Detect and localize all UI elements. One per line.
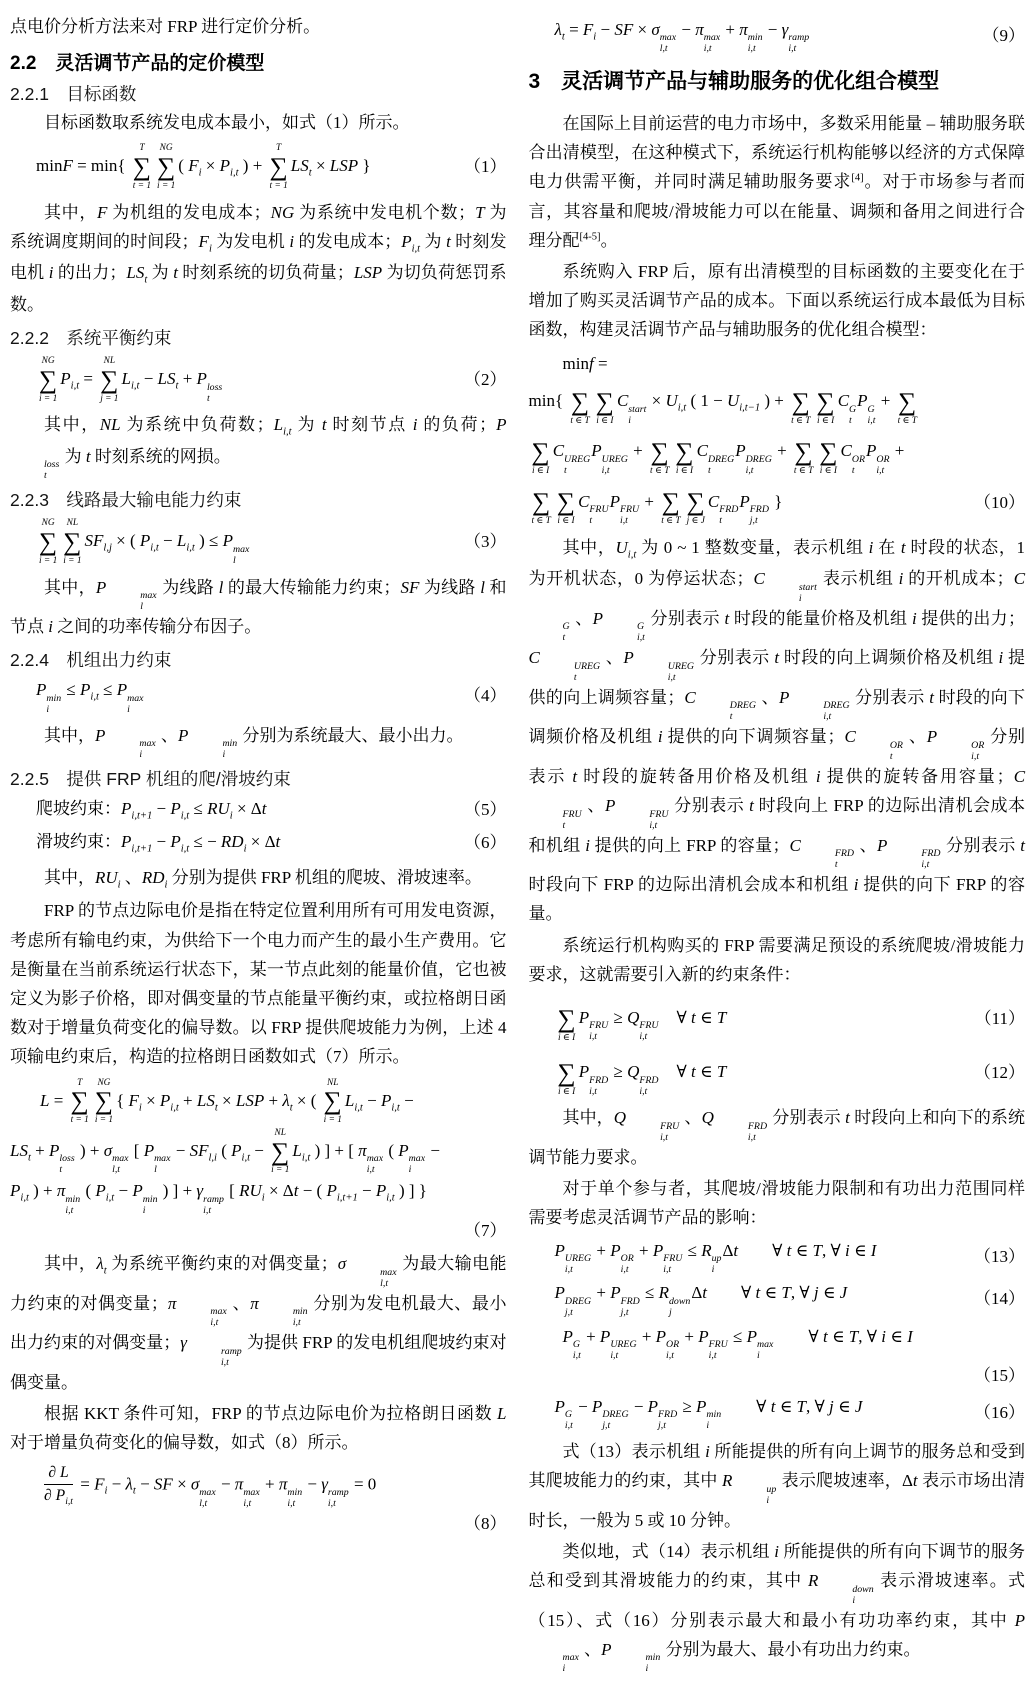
paragraph: 其中，λt 为系统平衡约束的对偶变量；σmaxl,t 为最大输电能力约束的对偶变… [10, 1249, 507, 1397]
subsection-heading: 2.2 灵活调节产品的定价模型 [10, 48, 507, 75]
equation-line: L = T∑t = 1NG∑i = 1{ Fi × Pi,t + LSt × L… [10, 1078, 507, 1126]
equation-number: （12） [968, 1061, 1025, 1086]
right-column: λt = Fi − SF × σmaxl,t − πmaxi,t + πmini… [529, 12, 1026, 1676]
equation-number: （5） [458, 798, 507, 823]
paragraph: 对于单个参与者，其爬坡/滑坡能力限制和有功出力范围同样需要考虑灵活调节产品的影响… [529, 1174, 1026, 1232]
equation-line: PGi,t + PUREGi,t + PORi,t + PFRUi,t ≤ Pm… [529, 1324, 1026, 1361]
equation-body: PDREGj,t + PFRDj,t ≤ RdownjΔt ∀ t ∈ T, ∀… [529, 1281, 969, 1317]
equation-body: NG∑i = 1Pi,t = NL∑j = 1Li,t − LSt + Plos… [10, 356, 458, 404]
paragraph: 点电价分析方法来对 FRP 进行定价分析。 [10, 12, 507, 41]
paragraph: 其中，Ui,t 为 0 ~ 1 整数变量，表示机组 i 在 t 时段的状态，1 … [529, 533, 1026, 929]
equation: 滑坡约束：Pi,t+1 − Pi,t ≤ − RDi × Δt （6） [10, 830, 507, 857]
equation-body: ∑t ∈ T ∑i ∈ ICFRUtPFRUi,t + ∑t ∈ T ∑j ∈ … [529, 479, 975, 527]
equation-line: LSt + Plosst ) + σmaxl,t [ Pmaxl − SFl,i… [10, 1128, 507, 1176]
equation-number: （15） [529, 1363, 1026, 1389]
equation: PGi,t − PDREGj,t − PFRDj,t ≥ Pmini ∀ t ∈… [529, 1395, 1026, 1431]
left-column: 点电价分析方法来对 FRP 进行定价分析。 2.2 灵活调节产品的定价模型 2.… [10, 12, 507, 1676]
equation-number: （8） [10, 1511, 507, 1537]
equation-body: 爬坡约束：Pi,t+1 − Pi,t ≤ RUi × Δt [10, 797, 458, 824]
equation-body: NG∑i = 1NL∑i = 1SFl,j × ( Pi,t − Li,t ) … [10, 518, 458, 566]
paragraph: 系统运行机构购买的 FRP 需要满足预设的系统爬坡/滑坡能力要求，这就需要引入新… [529, 931, 1026, 989]
equation-body: ∑i ∈ IPFRDi,t ≥ QFRDi,t ∀ t ∈ T [529, 1049, 969, 1097]
subsubsection-heading: 2.2.5 提供 FRP 机组的爬/滑坡约束 [10, 766, 507, 791]
equation-number: （4） [458, 684, 507, 709]
equation-body: minF = min{ T∑t = 1NG∑i = 1( Fi × Pi,t )… [10, 143, 458, 191]
equation: PUREGi,t + PORi,t + PFRUi,t ≤ RupiΔt ∀ t… [529, 1239, 1026, 1275]
equation-body: Pmini ≤ Pi,t ≤ Pmaxi [10, 678, 458, 714]
equation: ∂ L ∂ Pi,t = Fi − λt − SF × σmaxl,t − πm… [10, 1463, 507, 1536]
subsubsection-heading: 2.2.2 系统平衡约束 [10, 325, 507, 350]
paragraph: 其中，RUi 、RDi 分别为提供 FRP 机组的爬坡、滑坡速率。 [10, 863, 507, 895]
equation-number: （2） [458, 368, 507, 393]
section-heading: 3 灵活调节产品与辅助服务的优化组合模型 [529, 68, 1026, 96]
equation-number: （1） [458, 155, 507, 180]
equation: ∑i ∈ IPFRUi,t ≥ QFRUi,t ∀ t ∈ T （11） [529, 995, 1026, 1043]
equation-number: （6） [458, 831, 507, 856]
equation-body: PUREGi,t + PORi,t + PFRUi,t ≤ RupiΔt ∀ t… [529, 1239, 969, 1275]
subsubsection-heading: 2.2.3 线路最大输电能力约束 [10, 487, 507, 512]
equation: PDREGj,t + PFRDj,t ≤ RdownjΔt ∀ t ∈ T, ∀… [529, 1281, 1026, 1317]
equation-number: （7） [10, 1218, 507, 1244]
subsubsection-heading: 2.2.1 目标函数 [10, 81, 507, 106]
equation-line: ∑t ∈ T ∑i ∈ ICFRUtPFRUi,t + ∑t ∈ T ∑j ∈ … [529, 479, 1026, 527]
paragraph: 在国际上目前运营的电力市场中，多数采用能量 – 辅助服务联合出清模型，在这种模式… [529, 109, 1026, 255]
paragraph: 其中，Pmaxl 为线路 l 的最大传输能力约束；SF 为线路 l 和节点 i … [10, 573, 507, 642]
paragraph: 其中，QFRUi,t 、QFRDi,t 分别表示 t 时段向上和向下的系统调节能… [529, 1103, 1026, 1172]
equation-body: ∑i ∈ IPFRUi,t ≥ QFRUi,t ∀ t ∈ T [529, 995, 969, 1043]
equation-line: ∂ L ∂ Pi,t = Fi − λt − SF × σmaxl,t − πm… [10, 1463, 507, 1509]
paragraph: 类似地，式（14）表示机组 i 所能提供的所有向下调节的服务总和受到其滑坡能力的… [529, 1537, 1026, 1674]
equation-number: （13） [968, 1245, 1025, 1270]
equation-line: min{ ∑t ∈ T ∑i ∈ ICstarti × Ui,t ( 1 − U… [529, 378, 1026, 426]
equation: λt = Fi − SF × σmaxl,t − πmaxi,t + πmini… [529, 18, 1026, 54]
paragraph: 其中，NL 为系统中负荷数；Li,t 为 t 时刻节点 i 的负荷；Plosst… [10, 410, 507, 481]
equation: ∑i ∈ IPFRDi,t ≥ QFRDi,t ∀ t ∈ T （12） [529, 1049, 1026, 1097]
equation-number: （11） [969, 1007, 1025, 1032]
paper-page: 点电价分析方法来对 FRP 进行定价分析。 2.2 灵活调节产品的定价模型 2.… [0, 0, 1035, 1686]
equation-number: （3） [458, 530, 507, 555]
equation-line: ∑i ∈ ICUREGtPUREGi,t + ∑t ∈ T ∑i ∈ ICDRE… [529, 428, 1026, 476]
paragraph: 式（13）表示机组 i 所能提供的所有向上调节的服务总和受到其爬坡能力的约束，其… [529, 1437, 1026, 1535]
equation: 爬坡约束：Pi,t+1 − Pi,t ≤ RUi × Δt （5） [10, 797, 507, 824]
paragraph: 根据 KKT 条件可知，FRP 的节点边际电价为拉格朗日函数 L 对于增量负荷变… [10, 1399, 507, 1457]
equation-body: PGi,t − PDREGj,t − PFRDj,t ≥ Pmini ∀ t ∈… [529, 1395, 969, 1431]
equation: PGi,t + PUREGi,t + PORi,t + PFRUi,t ≤ Pm… [529, 1324, 1026, 1389]
paragraph: 其中，Pmaxi 、Pmini 分别为系统最大、最小出力。 [10, 721, 507, 760]
equation: L = T∑t = 1NG∑i = 1{ Fi × Pi,t + LSt × L… [10, 1078, 507, 1243]
equation-number: （10） [974, 490, 1025, 516]
equation: minF = min{ T∑t = 1NG∑i = 1( Fi × Pi,t )… [10, 143, 507, 191]
paragraph: FRP 的节点边际电价是指在特定位置利用所有可用发电资源，考虑所有输电约束，为供… [10, 896, 507, 1071]
equation: NG∑i = 1Pi,t = NL∑j = 1Li,t − LSt + Plos… [10, 356, 507, 404]
equation-line: Pi,t ) + πmini,t ( Pi,t − Pmini ) ] + γr… [10, 1178, 507, 1215]
equation: minf = min{ ∑t ∈ T ∑i ∈ ICstarti × Ui,t … [529, 351, 1026, 527]
equation-body: 滑坡约束：Pi,t+1 − Pi,t ≤ − RDi × Δt [10, 830, 458, 857]
equation: NG∑i = 1NL∑i = 1SFl,j × ( Pi,t − Li,t ) … [10, 518, 507, 566]
paragraph: 目标函数取系统发电成本最小，如式（1）所示。 [10, 108, 507, 137]
equation: Pmini ≤ Pi,t ≤ Pmaxi （4） [10, 678, 507, 714]
equation-number: （9） [977, 24, 1026, 49]
equation-number: （16） [968, 1401, 1025, 1426]
equation-body: λt = Fi − SF × σmaxl,t − πmaxi,t + πmini… [529, 18, 977, 54]
subsubsection-heading: 2.2.4 机组出力约束 [10, 647, 507, 672]
paragraph: 其中，F 为机组的发电成本；NG 为系统中发电机个数；T 为系统调度期间的时间段… [10, 198, 507, 320]
paragraph: 系统购入 FRP 后，原有出清模型的目标函数的主要变化在于增加了购买灵活调节产品… [529, 257, 1026, 345]
equation-line: minf = [529, 351, 1026, 377]
equation-number: （14） [968, 1287, 1025, 1312]
